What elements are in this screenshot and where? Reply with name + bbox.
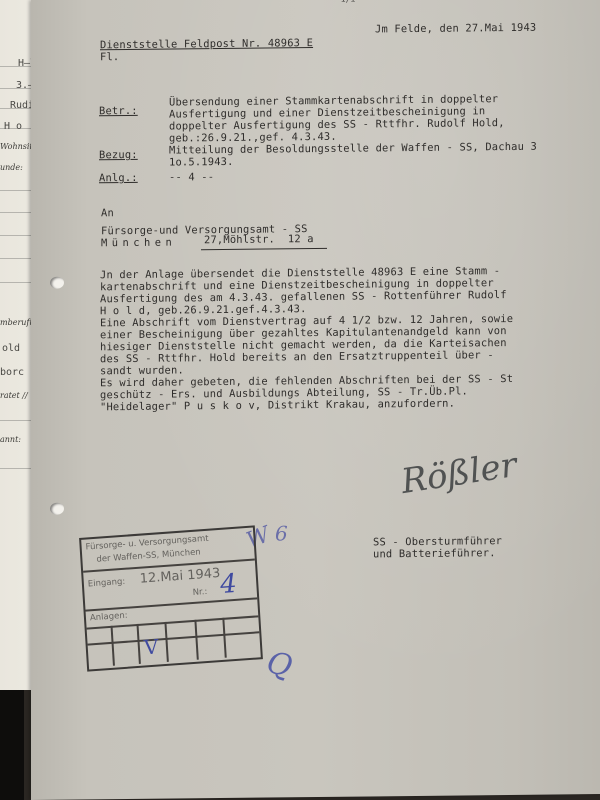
recipient-salutation: An (101, 207, 114, 219)
sender-office: Dienststelle Feldpost Nr. 48963 E (100, 37, 313, 51)
form-entry: old (2, 343, 20, 354)
stamp-cell-divider (222, 618, 226, 658)
stamp-cell-divider (194, 620, 198, 660)
stamp-number-label: Nr.: (192, 587, 207, 598)
stamp-cell-divider (111, 626, 115, 666)
form-entry: borc (0, 367, 24, 378)
recipient-underline (201, 248, 327, 251)
form-label: mberufu (0, 318, 35, 327)
form-label: annt: (0, 435, 21, 444)
reference-line: Mitteilung der Besoldungsstelle der Waff… (169, 141, 537, 157)
stamp-rule (85, 597, 257, 611)
receipt-stamp: Fürsorge- u. Versorgungsamt der Waffen-S… (79, 525, 263, 671)
reference-line: 1o.5.1943. (169, 156, 234, 169)
letter-page: – 4/1 – Jm Felde, den 27.Mai 1943 Dienst… (31, 0, 600, 800)
background-shadow (0, 690, 24, 800)
page-number-mark: – 4/1 – (331, 0, 366, 5)
punch-hole (50, 503, 64, 515)
form-label: ratet // (0, 391, 28, 400)
body-line: "Heidelager" P u s k o v, Distrikt Kraka… (100, 398, 455, 414)
form-label: unde: (0, 163, 23, 172)
handwritten-signature: Rößler (399, 445, 519, 502)
punch-hole (50, 277, 64, 289)
stamp-received-date: 12.Mai 1943 (139, 566, 220, 587)
sender-ref: Fl. (100, 51, 119, 63)
stamp-row-label: Anlagen: (90, 611, 128, 624)
stamp-number-handwritten: 4 (219, 569, 237, 600)
stamp-cell-divider (136, 624, 140, 664)
handwritten-note: 6 (275, 521, 288, 545)
stamp-check-mark: V (143, 635, 159, 660)
stamp-received-label: Eingang: (88, 577, 126, 590)
stamp-cell-divider (164, 622, 168, 662)
subject-label: Betr.: (99, 105, 138, 117)
place-date: Jm Felde, den 27.Mai 1943 (375, 22, 536, 36)
signatory-role: und Batterieführer. (373, 547, 496, 560)
form-entry: H o (4, 121, 22, 132)
reference-label: Bezug: (99, 149, 138, 161)
recipient-city: München (101, 236, 176, 249)
recipient-street: 27,Möhlstr. 12 a (204, 233, 314, 246)
enclosures-label: Anlg.: (99, 172, 138, 184)
handwritten-note: Q (263, 645, 296, 685)
enclosures-value: -- 4 -- (169, 171, 214, 183)
body-line: sandt wurden. (100, 364, 184, 377)
